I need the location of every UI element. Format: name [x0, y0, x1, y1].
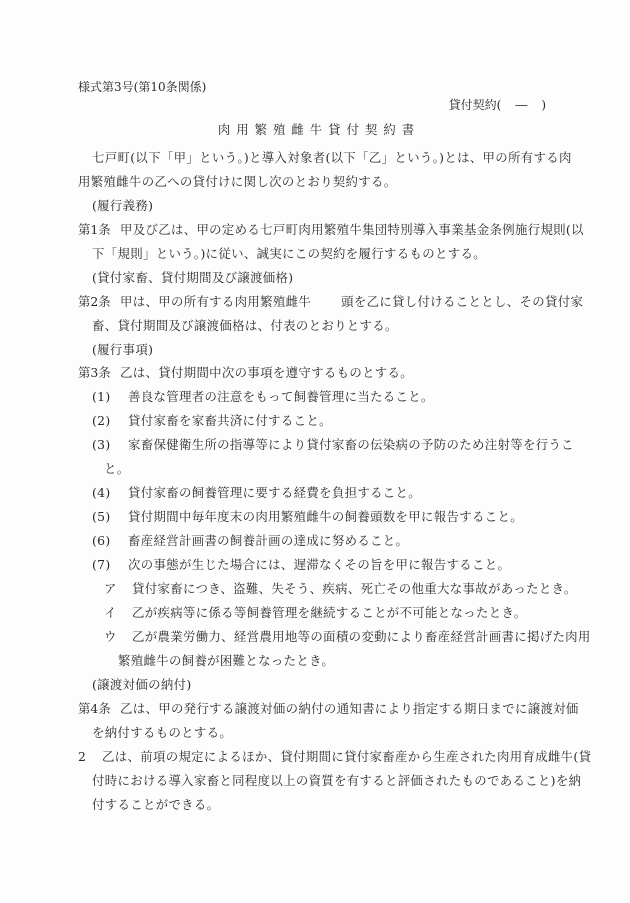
paragraph-number: 2: [78, 749, 102, 765]
contract-number-separator: ―: [515, 98, 527, 112]
article-4-caption: (譲渡対価の納付): [92, 677, 192, 693]
preamble-line-1: 七戸町(以下「甲」という。)と導入対象者(以下「乙」という。)とは、甲の所有する…: [92, 150, 572, 166]
article-3-line-1: 第3条乙は、貸付期間中次の事項を遵守するものとする。: [78, 365, 413, 381]
document-title: 肉用繁殖雌牛貸付契約書: [0, 122, 630, 138]
article-2-line-1: 第2条甲は、甲の所有する肉用繁殖雌牛頭を乙に貸し付けることとし、その貸付家: [78, 294, 583, 310]
article-3-item-1: (1)善良な管理者の注意をもって飼養管理に当たること。: [92, 389, 434, 405]
article-4-text-1: 乙は、甲の発行する譲渡対価の納付の通知書により指定する期日までに譲渡対価: [120, 701, 579, 716]
article-3-item-5: (5)貸付期間中毎年度末の肉用繁殖雌牛の飼養頭数を甲に報告すること。: [92, 509, 523, 525]
article-3-text-1: 乙は、貸付期間中次の事項を遵守するものとする。: [120, 365, 413, 380]
article-1-number: 第1条: [78, 222, 120, 238]
article-1-text-1: 甲及び乙は、甲の定める七戸町肉用繁殖牛集団特別導入事業基金条例施行規則(以: [120, 222, 584, 237]
article-3-item-7: (7)次の事態が生じた場合には、遅滞なくその旨を甲に報告すること。: [92, 557, 510, 573]
article-3-subitem-u: ウ乙が農業労働力、経営農用地等の面積の変動により畜産経営計画書に掲げた肉用: [104, 629, 591, 645]
article-3-caption: (履行事項): [92, 342, 153, 358]
article-4-line-2: を納付するものとする。: [92, 725, 232, 741]
article-3-item-3: (3)家畜保健衛生所の指導等により貸付家畜の伝染病の予防のため注射等を行うこ: [92, 437, 574, 453]
article-3-subitem-i: イ乙が疾病等に係る等飼養管理を継続することが不可能となったとき。: [104, 605, 526, 621]
article-3-item-3-cont: と。: [104, 461, 129, 477]
article-3-number: 第3条: [78, 365, 120, 381]
article-2-caption: (貸付家畜、貸付期間及び譲渡価格): [92, 270, 293, 286]
article-1-line-1: 第1条甲及び乙は、甲の定める七戸町肉用繁殖牛集団特別導入事業基金条例施行規則(以: [78, 222, 584, 238]
article-2-text-1b: 頭を乙に貸し付けることとし、その貸付家: [341, 294, 583, 309]
document-page: 様式第3号(第10条関係) 貸付契約(―) 肉用繁殖雌牛貸付契約書 七戸町(以下…: [0, 0, 630, 903]
article-4-paragraph-2-line-1: 2乙は、前項の規定によるほか、貸付期間に貸付家畜産から生産された肉用育成雌牛(貸: [78, 749, 591, 765]
contract-number-label: 貸付契約(: [449, 98, 502, 112]
contract-number-close: ): [541, 98, 546, 112]
form-number: 様式第3号(第10条関係): [78, 79, 206, 95]
article-3-item-4: (4)貸付家畜の飼養管理に要する経費を負担すること。: [92, 485, 421, 501]
article-3-item-6: (6)畜産経営計画書の飼養計画の達成に努めること。: [92, 533, 408, 549]
article-2-text-1a: 甲は、甲の所有する肉用繁殖雌牛: [120, 294, 311, 309]
article-4-paragraph-2-line-3: 付することができる。: [92, 797, 219, 813]
article-4-number: 第4条: [78, 701, 120, 717]
article-4-line-1: 第4条乙は、甲の発行する譲渡対価の納付の通知書により指定する期日までに譲渡対価: [78, 701, 579, 717]
preamble-line-2: 用繁殖雌牛の乙への貸付けに関し次のとおり契約する。: [78, 174, 397, 190]
article-4-paragraph-2-line-2: 付時における導入家畜と同程度以上の資質を有すると評価されたものであること)を納: [92, 773, 581, 789]
contract-number: 貸付契約(―): [449, 97, 546, 113]
article-2-number: 第2条: [78, 294, 120, 310]
article-3-item-2: (2)貸付家畜を家畜共済に付すること。: [92, 413, 332, 429]
article-1-line-2: 下「規則」という。)に従い、誠実にこの契約を履行するものとする。: [92, 246, 486, 262]
article-1-caption: (履行義務): [92, 198, 153, 214]
article-3-subitem-a: ア貸付家畜につき、盗難、失そう、疾病、死亡その他重大な事故があったとき。: [104, 581, 577, 597]
article-2-line-2: 畜、貸付期間及び譲渡価格は、付表のとおりとする。: [92, 318, 398, 334]
article-3-subitem-u-cont: 繁殖雌牛の飼養が困難となったとき。: [118, 653, 334, 669]
